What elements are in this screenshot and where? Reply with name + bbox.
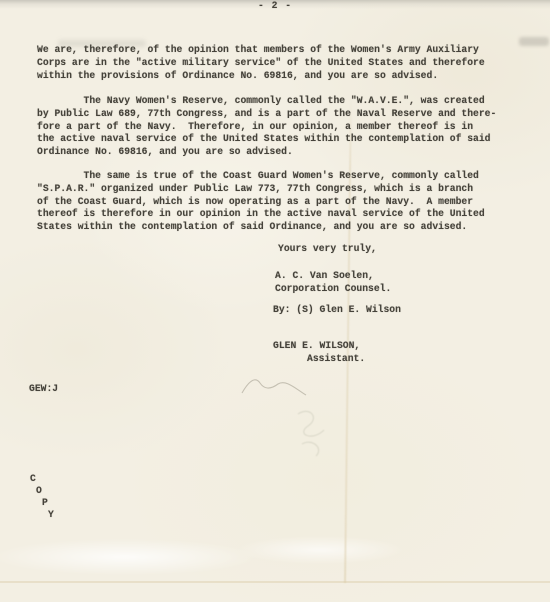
signer-title: Corporation Counsel. <box>275 283 391 296</box>
copy-stamp-letter-p: P <box>42 497 48 510</box>
horizontal-paper-crease <box>0 581 550 583</box>
copy-stamp-letter-o: O <box>36 485 42 498</box>
typed-signature-name: GLEN E. WILSON, <box>273 340 360 353</box>
body-paragraph-3: The same is true of the Coast Guard Wome… <box>37 170 485 234</box>
pencil-mark <box>238 374 310 400</box>
ink-smudge-top-right <box>519 37 549 46</box>
reference-initials: GEW:J <box>29 383 58 396</box>
vertical-paper-crease <box>344 95 352 583</box>
copy-stamp-letter-y: Y <box>48 509 54 522</box>
signer-name: A. C. Van Soelen, <box>275 270 374 283</box>
page-number: - 2 - <box>0 0 550 13</box>
typed-signature-title: Assistant. <box>307 353 365 366</box>
signature-by-line: By: (S) Glen E. Wilson <box>273 304 401 317</box>
body-paragraph-1: We are, therefore, of the opinion that m… <box>37 44 485 82</box>
body-paragraph-2: The Navy Women's Reserve, commonly calle… <box>37 95 496 159</box>
typewritten-letter-page: - 2 - We are, therefore, of the opinion … <box>0 0 550 602</box>
faint-scribble-mark <box>290 404 340 464</box>
closing-salutation: Yours very truly, <box>278 243 377 256</box>
copy-stamp-letter-c: C <box>30 473 36 486</box>
